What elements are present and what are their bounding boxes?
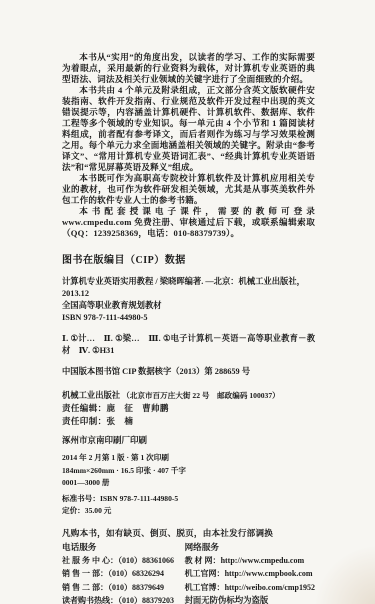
replacement-notice: 凡购本书，如有缺页、倒页、脱页，由本社发行部调换 <box>62 527 315 540</box>
phone-service-row: 销 售 二 部：（010）88379649 <box>62 581 185 595</box>
phone-row-label: 销 售 二 部： <box>62 583 108 592</box>
service-section: 凡购本书，如有缺页、倒页、脱页，由本社发行部调换 电话服务 社 服 务 中 心：… <box>62 527 315 604</box>
intro-section: 本书从“实用”的角度出发，以读者的学习、工作的实际需要为着眼点，采用最新的行业资… <box>62 52 315 239</box>
cip-registry-number: 中国版本图书馆 CIP 数据核字（2013）第 288659 号 <box>62 366 315 378</box>
book-copyright-page: 本书从“实用”的角度出发，以读者的学习、工作的实际需要为着眼点，采用最新的行业资… <box>0 0 375 604</box>
standard-isbn-value: ISBN 978-7-111-44980-5 <box>100 494 178 503</box>
edition-info: 2014 年 2 月第 1 版 · 第 1 次印刷 <box>62 452 315 465</box>
intro-paragraph-1: 本书从“实用”的角度出发，以读者的学习、工作的实际需要为着眼点，采用最新的行业资… <box>62 52 315 85</box>
cip-heading: 图书在版编目（CIP）数据 <box>62 251 315 266</box>
phone-row-value: （010）88379649 <box>108 583 164 592</box>
phone-service-row: 读者购书热线：（010）88379203 <box>62 594 185 604</box>
standard-isbn-label: 标准书号： <box>62 494 100 503</box>
network-service-row: 机工官博：http://weibo.com/cmp1952 <box>185 581 315 595</box>
phone-row-label: 读者购书热线： <box>62 596 118 604</box>
network-row-value: http://www.cmpbook.com <box>225 569 313 578</box>
phone-service-row: 社 服 务 中 心：（010）88361066 <box>62 554 185 568</box>
cip-isbn-line: ISBN 978-7-111-44980-5 <box>62 312 315 324</box>
phone-row-value: （010）68326294 <box>108 569 164 578</box>
price-line: 定价：35.00 元 <box>62 505 315 518</box>
format-info: 184mm×260mm · 16.5 印张 · 407 千字 <box>62 465 315 478</box>
editor-names: 鹿 征 曹帅鹏 <box>107 403 169 413</box>
phone-row-label: 社 服 务 中 心： <box>62 556 118 565</box>
intro-paragraph-4: 本书配套授课电子课件，需要的教师可登录 www.cmpedu.com 免费注册、… <box>62 206 315 239</box>
price-value: 35.00 元 <box>85 506 112 515</box>
publisher-name: 机械工业出版社 <box>62 391 120 400</box>
network-service-column: 网络服务 教 材 网：http://www.cmpedu.com 机工官网：ht… <box>185 541 315 604</box>
cip-section: 计算机专业英语实用教程 / 梁晓晖编著. —北京：机械工业出版社，2013.12… <box>62 276 315 378</box>
standard-isbn-line: 标准书号：ISBN 978-7-111-44980-5 <box>62 493 315 506</box>
printing-house: 涿州市京南印刷厂印刷 <box>62 433 315 447</box>
editor-line: 责任编辑：鹿 征 曹帅鹏 <box>62 402 315 415</box>
print-supervisor-line: 责任印制：张 楠 <box>62 415 315 428</box>
phone-row-value: （010）88379203 <box>118 596 174 604</box>
phone-service-row: 销 售 一 部：（010）68326294 <box>62 567 185 581</box>
network-row-label: 教 材 网： <box>185 556 221 565</box>
network-row-value: http://weibo.com/cmp1952 <box>225 583 315 592</box>
intro-paragraph-3: 本书既可作为高职高专院校计算机软件及计算机应用相关专业的教材，也可作为软件研发相… <box>62 173 315 206</box>
intro-paragraph-2: 本书共由 4 个单元及附录组成，正文部分含英文版软硬件安装指南、软件开发指南、行… <box>62 85 315 173</box>
phone-service-heading: 电话服务 <box>62 541 185 554</box>
service-columns: 电话服务 社 服 务 中 心：（010）88361066 销 售 一 部：（01… <box>62 541 315 604</box>
phone-service-column: 电话服务 社 服 务 中 心：（010）88361066 销 售 一 部：（01… <box>62 541 185 604</box>
publisher-line: 机械工业出版社 （北京市百万庄大街 22 号 邮政编码 100037） <box>62 390 315 402</box>
phone-row-label: 销 售 一 部： <box>62 569 108 578</box>
network-service-heading: 网络服务 <box>185 541 315 554</box>
cip-classification: Ⅰ. ①计… Ⅱ. ①梁… Ⅲ. ①电子计算机－英语－高等职业教育－教材 Ⅳ. … <box>62 333 315 357</box>
anti-piracy-note: 封面无防伪标均为盗版 <box>185 594 315 604</box>
print-supervisor-name: 张 楠 <box>107 416 134 426</box>
network-row-label: 机工官网： <box>185 569 225 578</box>
cip-title-line: 计算机专业英语实用教程 / 梁晓晖编著. —北京：机械工业出版社，2013.12 <box>62 276 315 300</box>
network-row-label: 机工官博： <box>185 583 225 592</box>
publisher-section: 机械工业出版社 （北京市百万庄大街 22 号 邮政编码 100037） 责任编辑… <box>62 390 315 518</box>
price-label: 定价： <box>62 506 85 515</box>
cip-series-line: 全国高等职业教育规划教材 <box>62 300 315 312</box>
print-supervisor-label: 责任印制： <box>62 416 107 426</box>
network-service-row: 教 材 网：http://www.cmpedu.com <box>185 554 315 568</box>
network-service-row: 机工官网：http://www.cmpbook.com <box>185 567 315 581</box>
editor-label: 责任编辑： <box>62 403 107 413</box>
phone-row-value: （010）88361066 <box>118 556 174 565</box>
publisher-address: （北京市百万庄大街 22 号 邮政编码 100037） <box>122 391 280 400</box>
network-row-value: http://www.cmpedu.com <box>221 556 305 565</box>
print-run: 0001—3000 册 <box>62 477 315 490</box>
